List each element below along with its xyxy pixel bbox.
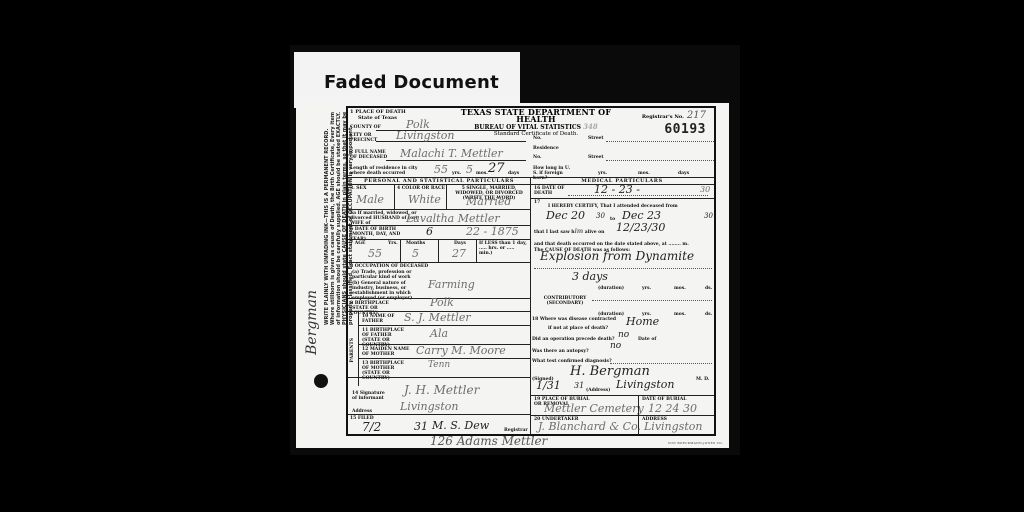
below-form-note: 126 Adams Mettler <box>430 434 547 448</box>
age-months: 5 <box>412 247 419 260</box>
dob-day-year: 22 - 1875 <box>466 225 519 238</box>
not-at-place-value: Home <box>626 315 659 328</box>
mother-name-value: Carry M. Moore <box>416 344 506 357</box>
foreign-days-label: days <box>678 171 689 176</box>
operation-label: Did an operation precede death? <box>532 337 614 342</box>
date-of-label: Date of <box>638 337 656 342</box>
duration-mos-label: mos. <box>674 286 686 291</box>
certificate-heading: TEXAS STATE DEPARTMENT OF HEALTH BUREAU … <box>446 109 626 138</box>
duration-ds-label: ds. <box>705 286 712 291</box>
birthplace-value: Polk <box>430 296 454 309</box>
last-seen-label: that I last saw him alive on <box>534 229 604 235</box>
mother-birthplace-value: Tenn <box>428 360 450 370</box>
undertaker-address-value: Livingston <box>644 420 702 433</box>
full-name-label: 2 FULL NAME OF DECEASED <box>350 150 390 160</box>
ink-blot <box>314 374 328 388</box>
burial-date-value: 12 24 30 <box>648 402 697 415</box>
duration-value: 3 days <box>572 270 608 283</box>
mother-birthplace-label: 13 BIRTHPLACE OF MOTHER (State or countr… <box>362 361 410 381</box>
sex-value: Male <box>356 193 384 206</box>
residence-no-label: No. <box>533 155 542 160</box>
mos-label: mos. <box>476 171 488 176</box>
signed-address-label: (Address) <box>586 388 610 393</box>
city-value: Livingston <box>396 129 454 142</box>
death-certificate-form: 1 PLACE OF DEATH State of Texas TEXAS ST… <box>346 106 716 436</box>
signed-address-value: Livingston <box>616 378 674 391</box>
less-than-day-label: If LESS than 1 day, ..... hrs. or ..... … <box>479 241 527 256</box>
overlay-label: Faded Document <box>324 72 499 93</box>
city-label: CITY OR PRECINCT <box>350 133 376 143</box>
burial-place-value: Mettler Cemetery <box>544 402 644 415</box>
attended-from-year: 30 <box>596 212 605 220</box>
age-label: 7 AGE <box>350 241 365 246</box>
operation-value: no <box>618 330 629 340</box>
residence-months: 5 <box>466 163 473 176</box>
margin-instructions: WRITE PLAINLY WITH UNFADING INK—THIS IS … <box>324 110 340 325</box>
filed-registrar: M. S. Dew <box>432 419 489 432</box>
file-number-stamp: 60193 <box>664 122 706 137</box>
street-label: Street <box>588 136 604 141</box>
contributory-ds-label: ds. <box>705 312 712 317</box>
contributory-mos-label: mos. <box>674 312 686 317</box>
occupation-a-label: (a) Trade, profession or particular kind… <box>352 270 412 280</box>
no-label: No. <box>533 136 542 141</box>
father-birthplace-label: 11 BIRTHPLACE OF FATHER (State or countr… <box>362 328 410 348</box>
cause-value: Explosion from Dynamite <box>540 249 694 263</box>
autopsy-label: Was there an autopsy? <box>532 349 589 354</box>
age-days: 27 <box>452 247 466 260</box>
autopsy-value: no <box>610 341 621 351</box>
duration-label: (duration) <box>598 286 624 291</box>
residence-length-label: Length of residence in city where death … <box>350 166 430 176</box>
informant-address-value: Livingston <box>400 400 458 413</box>
residence-years: 55 <box>434 163 448 176</box>
duration-yrs-label: yrs. <box>642 286 651 291</box>
attended-from: Dec 20 <box>546 209 585 222</box>
undertaker-value: J. Blanchard & Co. <box>538 420 641 433</box>
signed-year: 31 <box>574 381 584 390</box>
full-name-value: Malachi T. Mettler <box>400 147 503 160</box>
certify-number: 17 <box>534 200 540 205</box>
spouse-value: Lavaltha Mettler <box>406 212 500 225</box>
age-yrs-label: Yrs. <box>388 241 398 246</box>
marital-value: Married <box>466 195 511 208</box>
signed-date: 1/31 <box>536 379 561 392</box>
mother-name-label: 12 MAIDEN NAME OF MOTHER <box>362 347 410 357</box>
residence-days: 27 <box>488 161 505 176</box>
md-label: M. D. <box>696 377 709 382</box>
signed-value: H. Bergman <box>570 364 650 379</box>
registrar-number: Registrar's No.217 <box>642 110 706 121</box>
dob-month: 6 <box>426 225 433 238</box>
occupation-label: 8 OCCUPATION OF DECEASED <box>350 264 428 269</box>
yrs-label: yrs. <box>452 171 461 176</box>
age-years: 55 <box>368 247 382 260</box>
informant-value: J. H. Mettler <box>404 383 479 397</box>
place-of-death-header: 1 PLACE OF DEATH State of Texas <box>350 109 406 121</box>
death-occurred-text: and that death occurred on the date stat… <box>534 242 714 247</box>
foreign-yrs-label: yrs. <box>598 171 607 176</box>
overlay-label-card: Faded Document <box>294 52 520 108</box>
father-name-label: 10 NAME OF FATHER <box>362 314 396 324</box>
agency-title: TEXAS STATE DEPARTMENT OF HEALTH <box>446 109 626 123</box>
days-label: days <box>508 171 519 176</box>
not-at-place-label: if not at place of death? <box>548 326 608 331</box>
age-days-label: Days <box>454 241 466 246</box>
residence-street-label: Street <box>588 155 604 160</box>
printer-imprint: VON BOECKMANN-JONES CO. <box>668 441 723 445</box>
color-label: 4 COLOR OR RACE <box>397 186 445 191</box>
color-value: White <box>408 193 441 206</box>
date-of-death-value: 12 - 23 - <box>594 183 640 196</box>
father-birthplace-value: Ala <box>430 327 448 340</box>
attended-to-label: to <box>610 217 615 222</box>
informant-label: 14 Signature of informant <box>352 391 390 401</box>
state-label: State of Texas <box>350 115 406 121</box>
filed-date: 7/2 <box>362 420 381 434</box>
filed-year: 31 <box>414 420 428 433</box>
contributory-label: CONTRIBUTORY (Secondary) <box>538 296 592 306</box>
attended-to-year: 30 <box>704 212 713 220</box>
age-months-label: Months <box>406 241 425 246</box>
last-seen-value: 12/23/30 <box>616 221 665 234</box>
sex-label: 3. SEX <box>350 186 366 191</box>
margin-signature: Bergman <box>304 290 320 355</box>
registrar-label: Registrar <box>504 428 528 433</box>
residence-label: Residence <box>533 146 559 151</box>
disease-contracted-label: 18 Where was disease contracted <box>532 317 616 322</box>
parents-side-label: PARENTS <box>350 338 355 362</box>
father-name-value: S. J. Mettler <box>404 311 471 324</box>
date-of-death-year: 30 <box>700 185 710 194</box>
foreign-mos-label: mos. <box>638 171 650 176</box>
occupation-value: Farming <box>428 278 475 291</box>
